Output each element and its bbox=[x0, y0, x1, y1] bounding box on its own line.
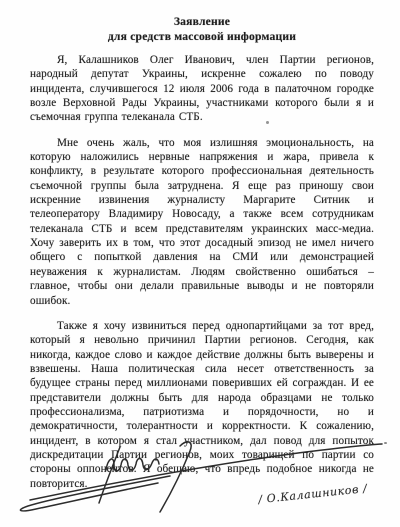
paragraph-intro: Я, Калашников Олег Иванович, член Партии… bbox=[30, 53, 374, 125]
title-line-2: для средств массовой информации bbox=[30, 30, 374, 45]
document-page: Заявление для средств массовой информаци… bbox=[0, 0, 400, 527]
title-line-1: Заявление bbox=[30, 15, 374, 30]
document-text-block: Заявление для средств массовой информаци… bbox=[30, 15, 374, 502]
signature bbox=[8, 438, 392, 524]
document-title: Заявление для средств массовой информаци… bbox=[30, 15, 374, 44]
scan-speck bbox=[266, 121, 269, 124]
paragraph-apology: Мне очень жаль, что моя излишняя эмоцион… bbox=[30, 136, 374, 308]
